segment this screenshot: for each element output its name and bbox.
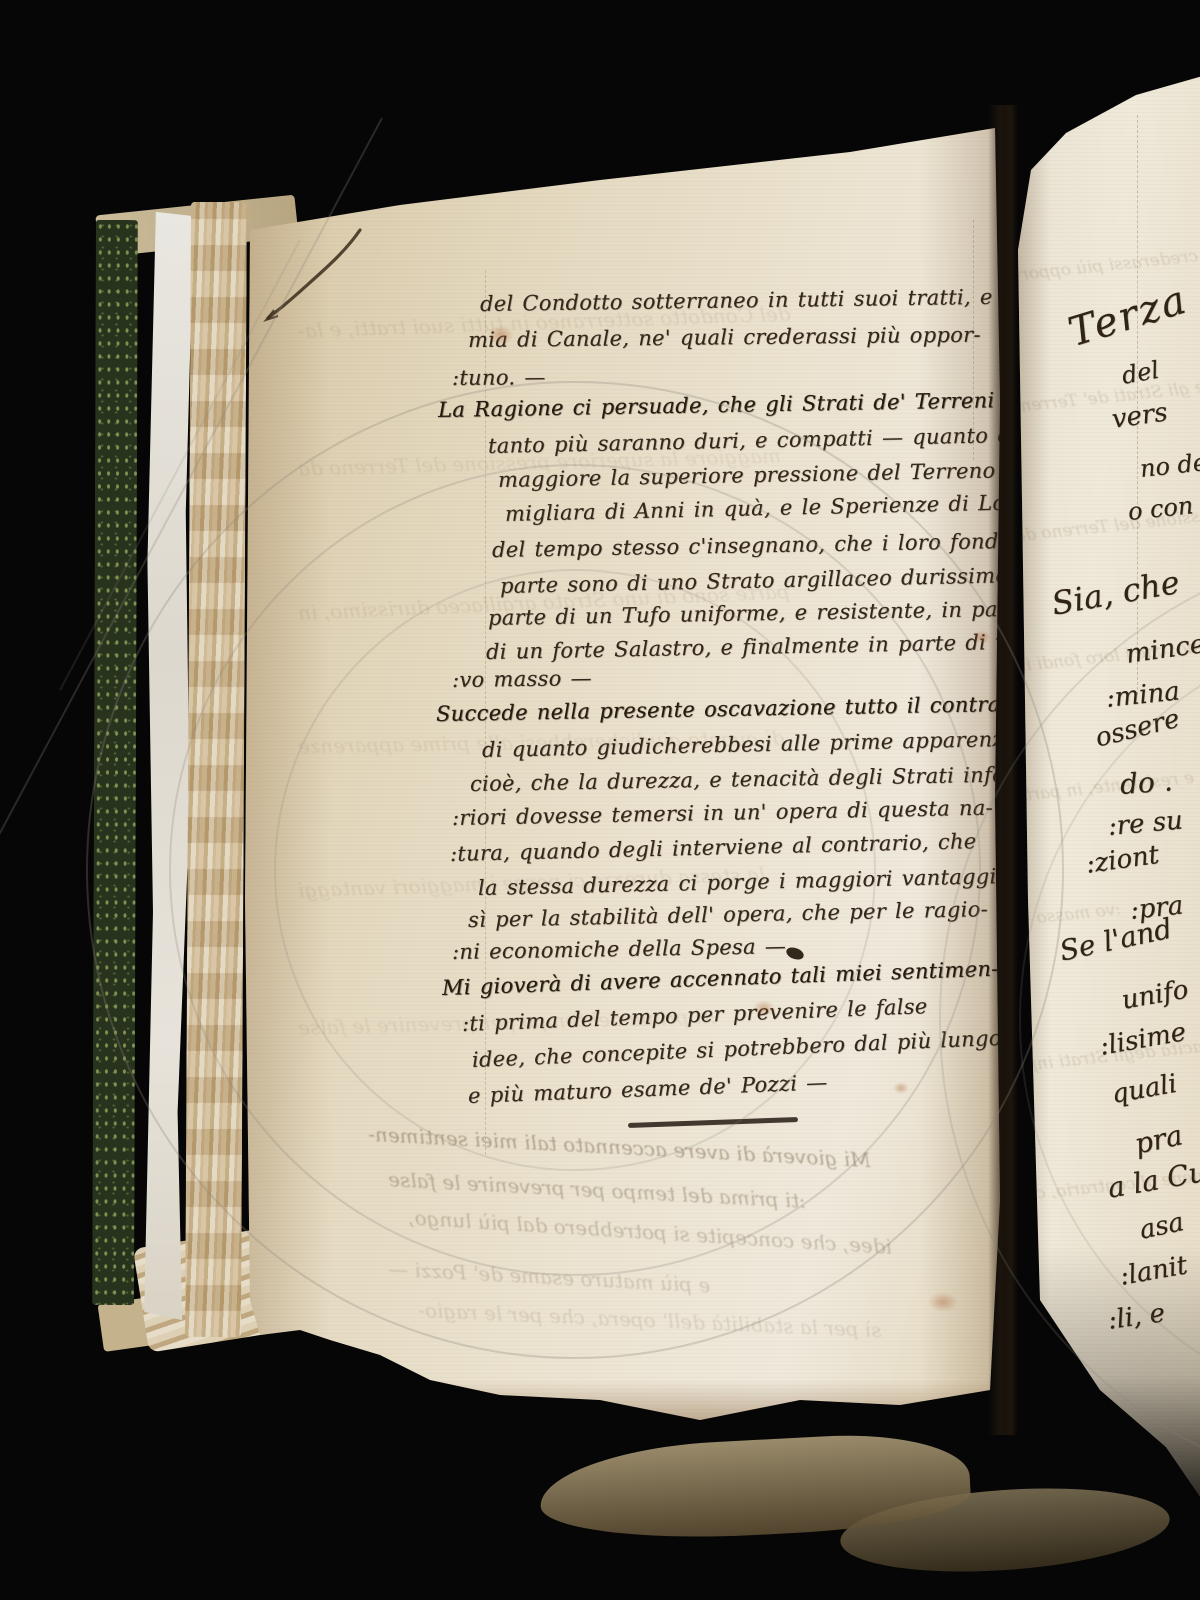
right-page-fragment: :lanit — [1117, 1250, 1189, 1291]
right-page-fragment: unifo — [1119, 975, 1190, 1016]
bleedthrough-line: :ti prima del tempo per prevenire le fal… — [388, 1167, 807, 1213]
manuscript-line: migliara di Anni in quà, e le Sperienze … — [505, 490, 1027, 526]
manuscript-line: di un forte Salastro, e finalmente in pa… — [486, 630, 1022, 664]
manuscript-line: del tempo stesso c'insegnano, che i loro… — [492, 529, 1036, 562]
manuscript-line: sì per la stabilità dell' opera, che per… — [468, 897, 988, 932]
left-page: 72, e del Condotto sotterraneo in tutti … — [238, 120, 1013, 1450]
manuscript-line: :vo masso — — [452, 666, 592, 692]
manuscript-line: Mi gioverà di avere accennato tali miei … — [442, 957, 999, 1000]
right-page: mia di Canale, ne' quali crederassi più … — [1006, 75, 1200, 1505]
bleedthrough-line: Mi gioverà di avere accennato tali miei … — [368, 1122, 872, 1172]
folio-number: 72, e — [295, 180, 369, 216]
manuscript-line: :tuno. — — [452, 365, 546, 390]
right-page-fragment: a la Cu — [1105, 1155, 1200, 1205]
gutter-shadow — [988, 105, 1018, 1435]
manuscript-line: :ni economiche della Spesa — — [452, 934, 787, 964]
right-page-fragment: vers — [1110, 397, 1169, 434]
right-page-fragment: :ziont — [1084, 840, 1161, 880]
bleedthrough-line: sì per la stabilità dell' opera, che per… — [418, 1298, 882, 1342]
bleedthrough-line: mia di Canale, ne' quali crederassi più … — [1014, 225, 1200, 286]
manuscript-line: cioè, che la durezza, e tenacità degli S… — [470, 763, 1013, 796]
book-cover-edge — [92, 220, 138, 1305]
right-page-heading: Terza — [1063, 277, 1192, 356]
right-page-fragment: asa — [1137, 1207, 1187, 1246]
bleedthrough-line: idee, che concepite si potrebbero dal pi… — [408, 1205, 893, 1259]
bleedthrough-line: e più maturo esame de' Pozzi — — [388, 1257, 711, 1298]
manuscript-line: :riori dovesse temersi in un' opera di q… — [452, 796, 993, 830]
bleedthrough-line: La Ragione ci persuade, che gli Strati d… — [1014, 353, 1200, 417]
right-page-fragment: ossere — [1092, 704, 1182, 754]
right-page-fragment: mince — [1124, 629, 1200, 670]
manuscript-line: :ti prima del tempo per prevenire le fal… — [462, 994, 928, 1036]
manuscript-line: :tura, quando degli interviene al contra… — [450, 829, 977, 866]
page-edge-stack — [185, 202, 247, 1337]
stain — [488, 325, 514, 345]
manuscript-line: mia di Canale, ne' quali crederassi più … — [468, 323, 981, 352]
stain — [753, 1000, 775, 1016]
right-page-fragment: Sia, che — [1049, 563, 1183, 623]
manuscript-photo: 72, e del Condotto sotterraneo in tutti … — [0, 0, 1200, 1600]
stain — [893, 1082, 909, 1094]
ink-underline — [628, 1117, 798, 1128]
right-page-fragment: do . — [1119, 764, 1174, 801]
ink-blot — [785, 945, 806, 961]
right-page-fragment: pra — [1132, 1118, 1186, 1160]
right-page-fragment: quali — [1109, 1069, 1179, 1110]
right-page-fragment: :li, e — [1106, 1298, 1167, 1336]
right-page-fragment: no de — [1139, 448, 1200, 483]
manuscript-line: La Ragione ci persuade, che gli Strati d… — [438, 388, 995, 422]
right-page-fragment: :re su — [1107, 806, 1184, 842]
stain — [928, 1292, 958, 1312]
manuscript-line: e più maturo esame de' Pozzi — — [468, 1070, 828, 1108]
manuscript-line: del Condotto sotterraneo in tutti suoi t… — [480, 284, 1029, 316]
manuscript-line: Succede nella presente oscavazione tutto… — [436, 692, 1031, 726]
